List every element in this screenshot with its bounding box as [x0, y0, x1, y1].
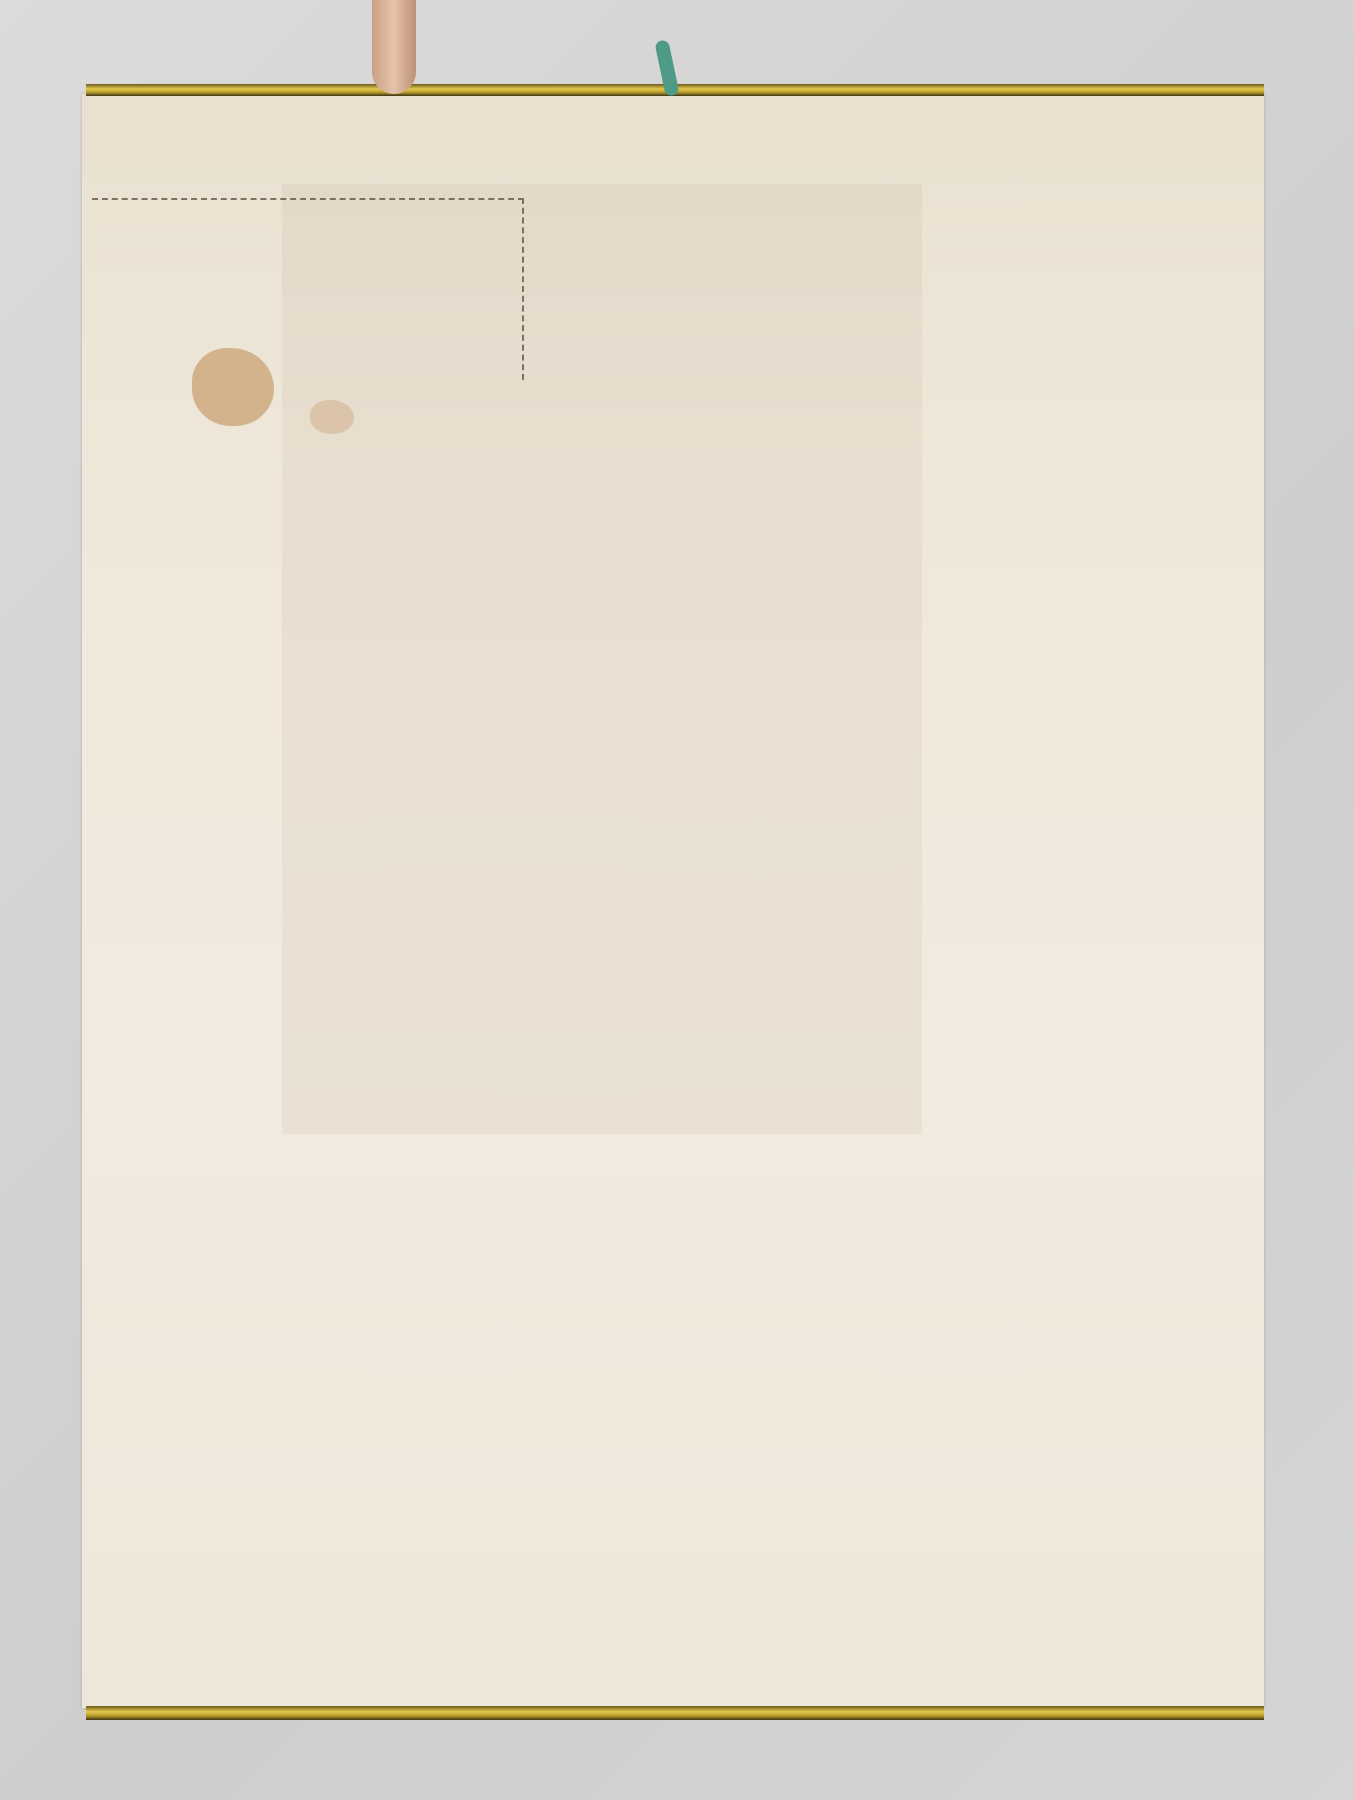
scroll-paper-back [82, 94, 1264, 1708]
water-stain [192, 348, 274, 426]
dashed-border-mark [92, 198, 524, 380]
water-stain-small [310, 400, 354, 434]
gold-bottom-bar [86, 1706, 1264, 1720]
finger [372, 0, 416, 94]
show-through-panel-right [602, 184, 922, 1134]
